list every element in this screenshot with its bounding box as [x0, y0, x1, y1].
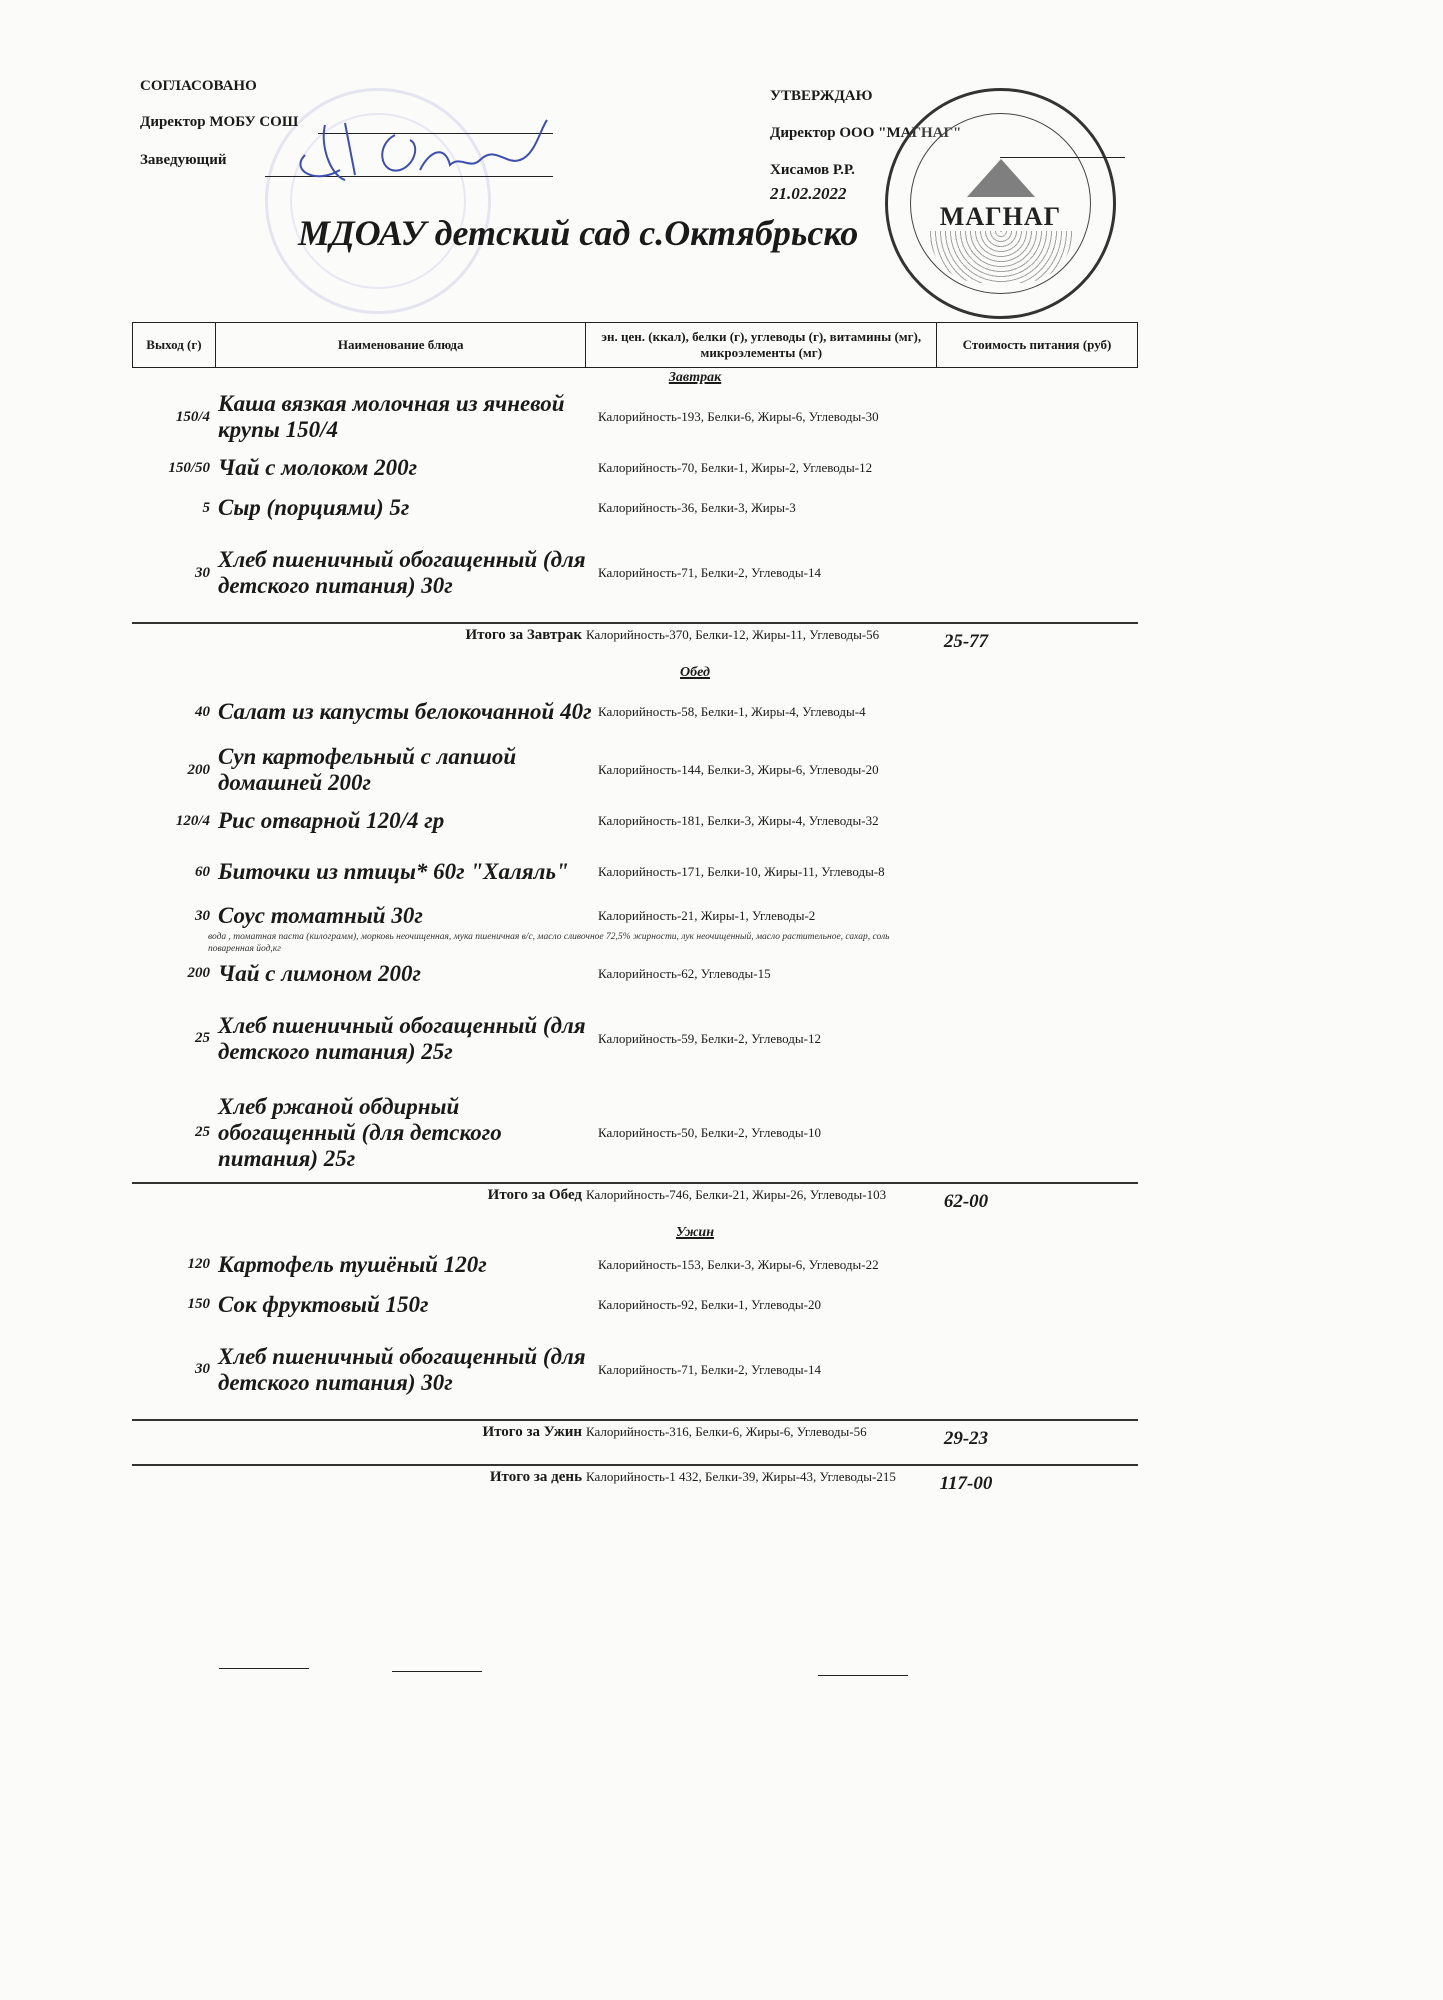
day-total-label: Итого за день: [132, 1469, 586, 1486]
dish-name: Чай с лимоном 200г: [218, 961, 598, 987]
day-total-cost: 117-00: [916, 1469, 1016, 1495]
meal-total-row: Итого за ОбедКалорийность-746, Белки-21,…: [132, 1182, 1138, 1223]
menu-row: 60Биточки из птицы* 60г "Халяль"Калорийн…: [132, 843, 1138, 901]
menu-row: 30Соус томатный 30гКалорийность-21, Жиры…: [132, 901, 1138, 931]
day-total-row: Итого за деньКалорийность-1 432, Белки-3…: [132, 1464, 1138, 1509]
dish-name: Биточки из птицы* 60г "Халяль": [218, 859, 598, 885]
dish-name: Хлеб пшеничный обогащенный (для детского…: [218, 547, 598, 599]
menu-row: 200Суп картофельный с лапшой домашней 20…: [132, 741, 1138, 799]
approval-date: 21.02.2022: [770, 184, 847, 204]
header-output: Выход (г): [133, 323, 216, 367]
dish-name: Каша вязкая молочная из ячневой крупы 15…: [218, 391, 598, 443]
dish-name: Сок фруктовый 150г: [218, 1292, 598, 1318]
dish-nutrition: Калорийность-92, Белки-1, Углеводы-20: [598, 1297, 898, 1313]
portion-size: 150/50: [132, 460, 218, 477]
portion-size: 120: [132, 1256, 218, 1273]
dish-name: Картофель тушёный 120г: [218, 1252, 598, 1278]
dish-nutrition: Калорийность-50, Белки-2, Углеводы-10: [598, 1125, 898, 1141]
dish-name: Рис отварной 120/4 гр: [218, 808, 598, 834]
portion-size: 25: [132, 1030, 218, 1047]
dish-nutrition: Калорийность-59, Белки-2, Углеводы-12: [598, 1031, 898, 1047]
dish-nutrition: Калорийность-71, Белки-2, Углеводы-14: [598, 1362, 898, 1378]
meal-cost: 25-77: [916, 627, 1016, 653]
menu-row: 25Хлеб ржаной обдирный обогащенный (для …: [132, 1086, 1138, 1180]
dish-name: Хлеб пшеничный обогащенный (для детского…: [218, 1344, 598, 1396]
meal-section-2: Ужин120Картофель тушёный 120гКалорийност…: [132, 1225, 1138, 1460]
portion-size: 200: [132, 762, 218, 779]
meal-total-row: Итого за УжинКалорийность-316, Белки-6, …: [132, 1419, 1138, 1460]
meal-heading: Ужин: [132, 1225, 1138, 1243]
meal-total-label: Итого за Обед: [132, 1187, 586, 1204]
table-header: Выход (г) Наименование блюда эн. цен. (к…: [132, 322, 1138, 368]
portion-size: 30: [132, 565, 218, 582]
approval-left-director: Директор МОБУ СОШ: [140, 114, 298, 131]
signature-blank: [219, 1668, 309, 1669]
menu-row: 150Сок фруктовый 150гКалорийность-92, Бе…: [132, 1287, 1138, 1323]
portion-size: 150: [132, 1296, 218, 1313]
signature-blank: [392, 1671, 482, 1672]
meal-section-0: Завтрак150/4Каша вязкая молочная из ячне…: [132, 370, 1138, 663]
page-title: МДОАУ детский сад с.Октябрьско: [298, 212, 858, 254]
menu-row: 120/4Рис отварной 120/4 грКалорийность-1…: [132, 799, 1138, 843]
menu-row: 40Салат из капусты белокочанной 40гКалор…: [132, 683, 1138, 741]
dish-nutrition: Калорийность-70, Белки-1, Жиры-2, Углево…: [598, 460, 898, 476]
header-nutrition: эн. цен. (ккал), белки (г), углеводы (г)…: [586, 323, 937, 367]
stamp-brand: МАГНАГ: [940, 202, 1061, 232]
meal-heading: Обед: [132, 665, 1138, 683]
approval-left-head: Заведующий: [140, 152, 226, 169]
meal-total-label: Итого за Ужин: [132, 1424, 586, 1441]
mountain-icon: [967, 159, 1035, 197]
portion-size: 40: [132, 704, 218, 721]
menu-row: 30Хлеб пшеничный обогащенный (для детско…: [132, 1323, 1138, 1417]
portion-size: 30: [132, 908, 218, 925]
approval-left-heading: СОГЛАСОВАНО: [140, 78, 257, 95]
dish-name: Суп картофельный с лапшой домашней 200г: [218, 744, 598, 796]
portion-size: 30: [132, 1361, 218, 1378]
portion-size: 25: [132, 1124, 218, 1141]
menu-row: 25Хлеб пшеничный обогащенный (для детско…: [132, 992, 1138, 1086]
dish-nutrition: Калорийность-62, Углеводы-15: [598, 966, 898, 982]
dish-nutrition: Калорийность-58, Белки-1, Жиры-4, Углево…: [598, 704, 898, 720]
day-total-nutrition: Калорийность-1 432, Белки-39, Жиры-43, У…: [586, 1469, 916, 1485]
menu-row: 5Сыр (порциями) 5гКалорийность-36, Белки…: [132, 490, 1138, 526]
stamp-signature-line: [1000, 157, 1125, 158]
portion-size: 60: [132, 864, 218, 881]
dish-name: Сыр (порциями) 5г: [218, 495, 598, 521]
menu-row: 150/50Чай с молоком 200гКалорийность-70,…: [132, 446, 1138, 490]
meal-cost: 62-00: [916, 1187, 1016, 1213]
meal-total-nutrition: Калорийность-370, Белки-12, Жиры-11, Угл…: [586, 627, 916, 643]
dish-name: Чай с молоком 200г: [218, 455, 598, 481]
meal-total-nutrition: Калорийность-316, Белки-6, Жиры-6, Углев…: [586, 1424, 916, 1440]
dish-name: Салат из капусты белокочанной 40г: [218, 699, 598, 725]
portion-size: 120/4: [132, 813, 218, 830]
menu-row: 200Чай с лимоном 200гКалорийность-62, Уг…: [132, 956, 1138, 992]
dish-name: Хлеб пшеничный обогащенный (для детского…: [218, 1013, 598, 1065]
meal-heading: Завтрак: [132, 370, 1138, 388]
dish-nutrition: Калорийность-21, Жиры-1, Углеводы-2: [598, 908, 898, 924]
approval-right-heading: УТВЕРЖДАЮ: [770, 88, 873, 105]
portion-size: 150/4: [132, 409, 218, 426]
meal-total-row: Итого за ЗавтракКалорийность-370, Белки-…: [132, 622, 1138, 663]
dish-nutrition: Калорийность-144, Белки-3, Жиры-6, Углев…: [598, 762, 898, 778]
signature-left-icon: [285, 115, 565, 190]
company-stamp: МАГНАГ: [885, 88, 1116, 319]
meal-section-1: Обед40Салат из капусты белокочанной 40гК…: [132, 665, 1138, 1223]
portion-size: 200: [132, 965, 218, 982]
menu-row: 30Хлеб пшеничный обогащенный (для детско…: [132, 526, 1138, 620]
menu-table: Выход (г) Наименование блюда эн. цен. (к…: [132, 322, 1138, 1509]
header-dish: Наименование блюда: [216, 323, 587, 367]
meal-cost: 29-23: [916, 1424, 1016, 1450]
dish-nutrition: Калорийность-36, Белки-3, Жиры-3: [598, 500, 898, 516]
menu-row: 120Картофель тушёный 120гКалорийность-15…: [132, 1243, 1138, 1287]
dish-name: Хлеб ржаной обдирный обогащенный (для де…: [218, 1094, 598, 1171]
meal-total-nutrition: Калорийность-746, Белки-21, Жиры-26, Угл…: [586, 1187, 916, 1203]
meals-container: Завтрак150/4Каша вязкая молочная из ячне…: [132, 370, 1138, 1509]
dish-nutrition: Калорийность-193, Белки-6, Жиры-6, Углев…: [598, 409, 898, 425]
approval-right-name: Хисамов Р.Р.: [770, 162, 855, 179]
dish-nutrition: Калорийность-181, Белки-3, Жиры-4, Углев…: [598, 813, 898, 829]
dish-nutrition: Калорийность-71, Белки-2, Углеводы-14: [598, 565, 898, 581]
dish-nutrition: Калорийность-171, Белки-10, Жиры-11, Угл…: [598, 864, 898, 880]
portion-size: 5: [132, 500, 218, 517]
dish-composition: вода , томатная паста (килограмм), морко…: [208, 931, 928, 956]
dish-nutrition: Калорийность-153, Белки-3, Жиры-6, Углев…: [598, 1257, 898, 1273]
signature-blank: [818, 1675, 908, 1676]
dish-name: Соус томатный 30г: [218, 903, 598, 929]
menu-row: 150/4Каша вязкая молочная из ячневой кру…: [132, 388, 1138, 446]
header-cost: Стоимость питания (руб): [937, 323, 1137, 367]
meal-total-label: Итого за Завтрак: [132, 627, 586, 644]
